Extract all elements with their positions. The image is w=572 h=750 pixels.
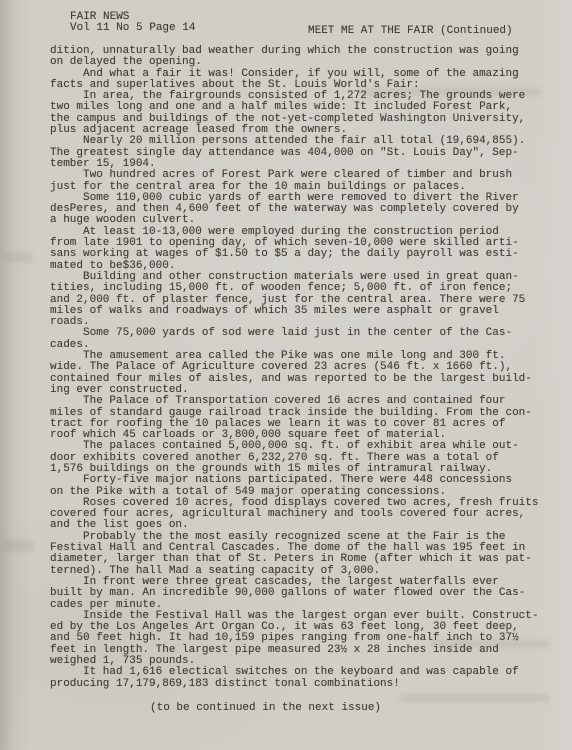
paragraph: And what a fair it was! Consider, if you… — [50, 69, 555, 92]
bleedthrough-mark — [4, 540, 34, 552]
scanned-newsletter-page: FAIR NEWS Vol 11 No 5 Page 14 MEET ME AT… — [0, 0, 572, 750]
paragraph: The Palace of Transportation covered 16 … — [50, 396, 555, 441]
paragraph: Inside the Festival Hall was the largest… — [50, 611, 555, 667]
paragraph: In front were three great cascades, the … — [50, 577, 555, 611]
bleedthrough-mark — [6, 252, 32, 262]
paragraph: It had 1,616 electical switches on the k… — [50, 667, 555, 690]
running-title: MEET ME AT THE FAIR (Continued) — [308, 26, 513, 37]
paragraph: Two hundred acres of Forest Park were cl… — [50, 170, 555, 193]
paragraph: The palaces contained 5,000,000 sq. ft. … — [50, 441, 555, 475]
paragraph: Probably the the most easily recognized … — [50, 532, 555, 577]
continuation-note: (to be continued in the next issue) — [50, 703, 555, 714]
issue-page-line: Vol 11 No 5 Page 14 — [70, 23, 195, 34]
paragraph: At least 10-13,000 were employed during … — [50, 227, 555, 272]
article-body: dition, unnaturally bad weather during w… — [50, 46, 555, 714]
paragraph: The amusement area called the Pike was o… — [50, 351, 555, 396]
masthead: FAIR NEWS Vol 11 No 5 Page 14 — [70, 12, 195, 35]
paragraph: Nearly 20 million persons attended the f… — [50, 136, 555, 170]
paragraph: dition, unnaturally bad weather during w… — [50, 46, 555, 69]
paragraph: Forty-five major nations participated. T… — [50, 475, 555, 498]
paragraph: Some 110,000 cubic yards of earth were r… — [50, 193, 555, 227]
paragraph: Some 75,000 yards of sod were laid just … — [50, 328, 555, 351]
paragraph: Building and other construction material… — [50, 272, 555, 328]
paragraph: In area, the fairgrounds consisted of 1,… — [50, 91, 555, 136]
paragraph: Roses covered 10 acres, food displays co… — [50, 498, 555, 532]
